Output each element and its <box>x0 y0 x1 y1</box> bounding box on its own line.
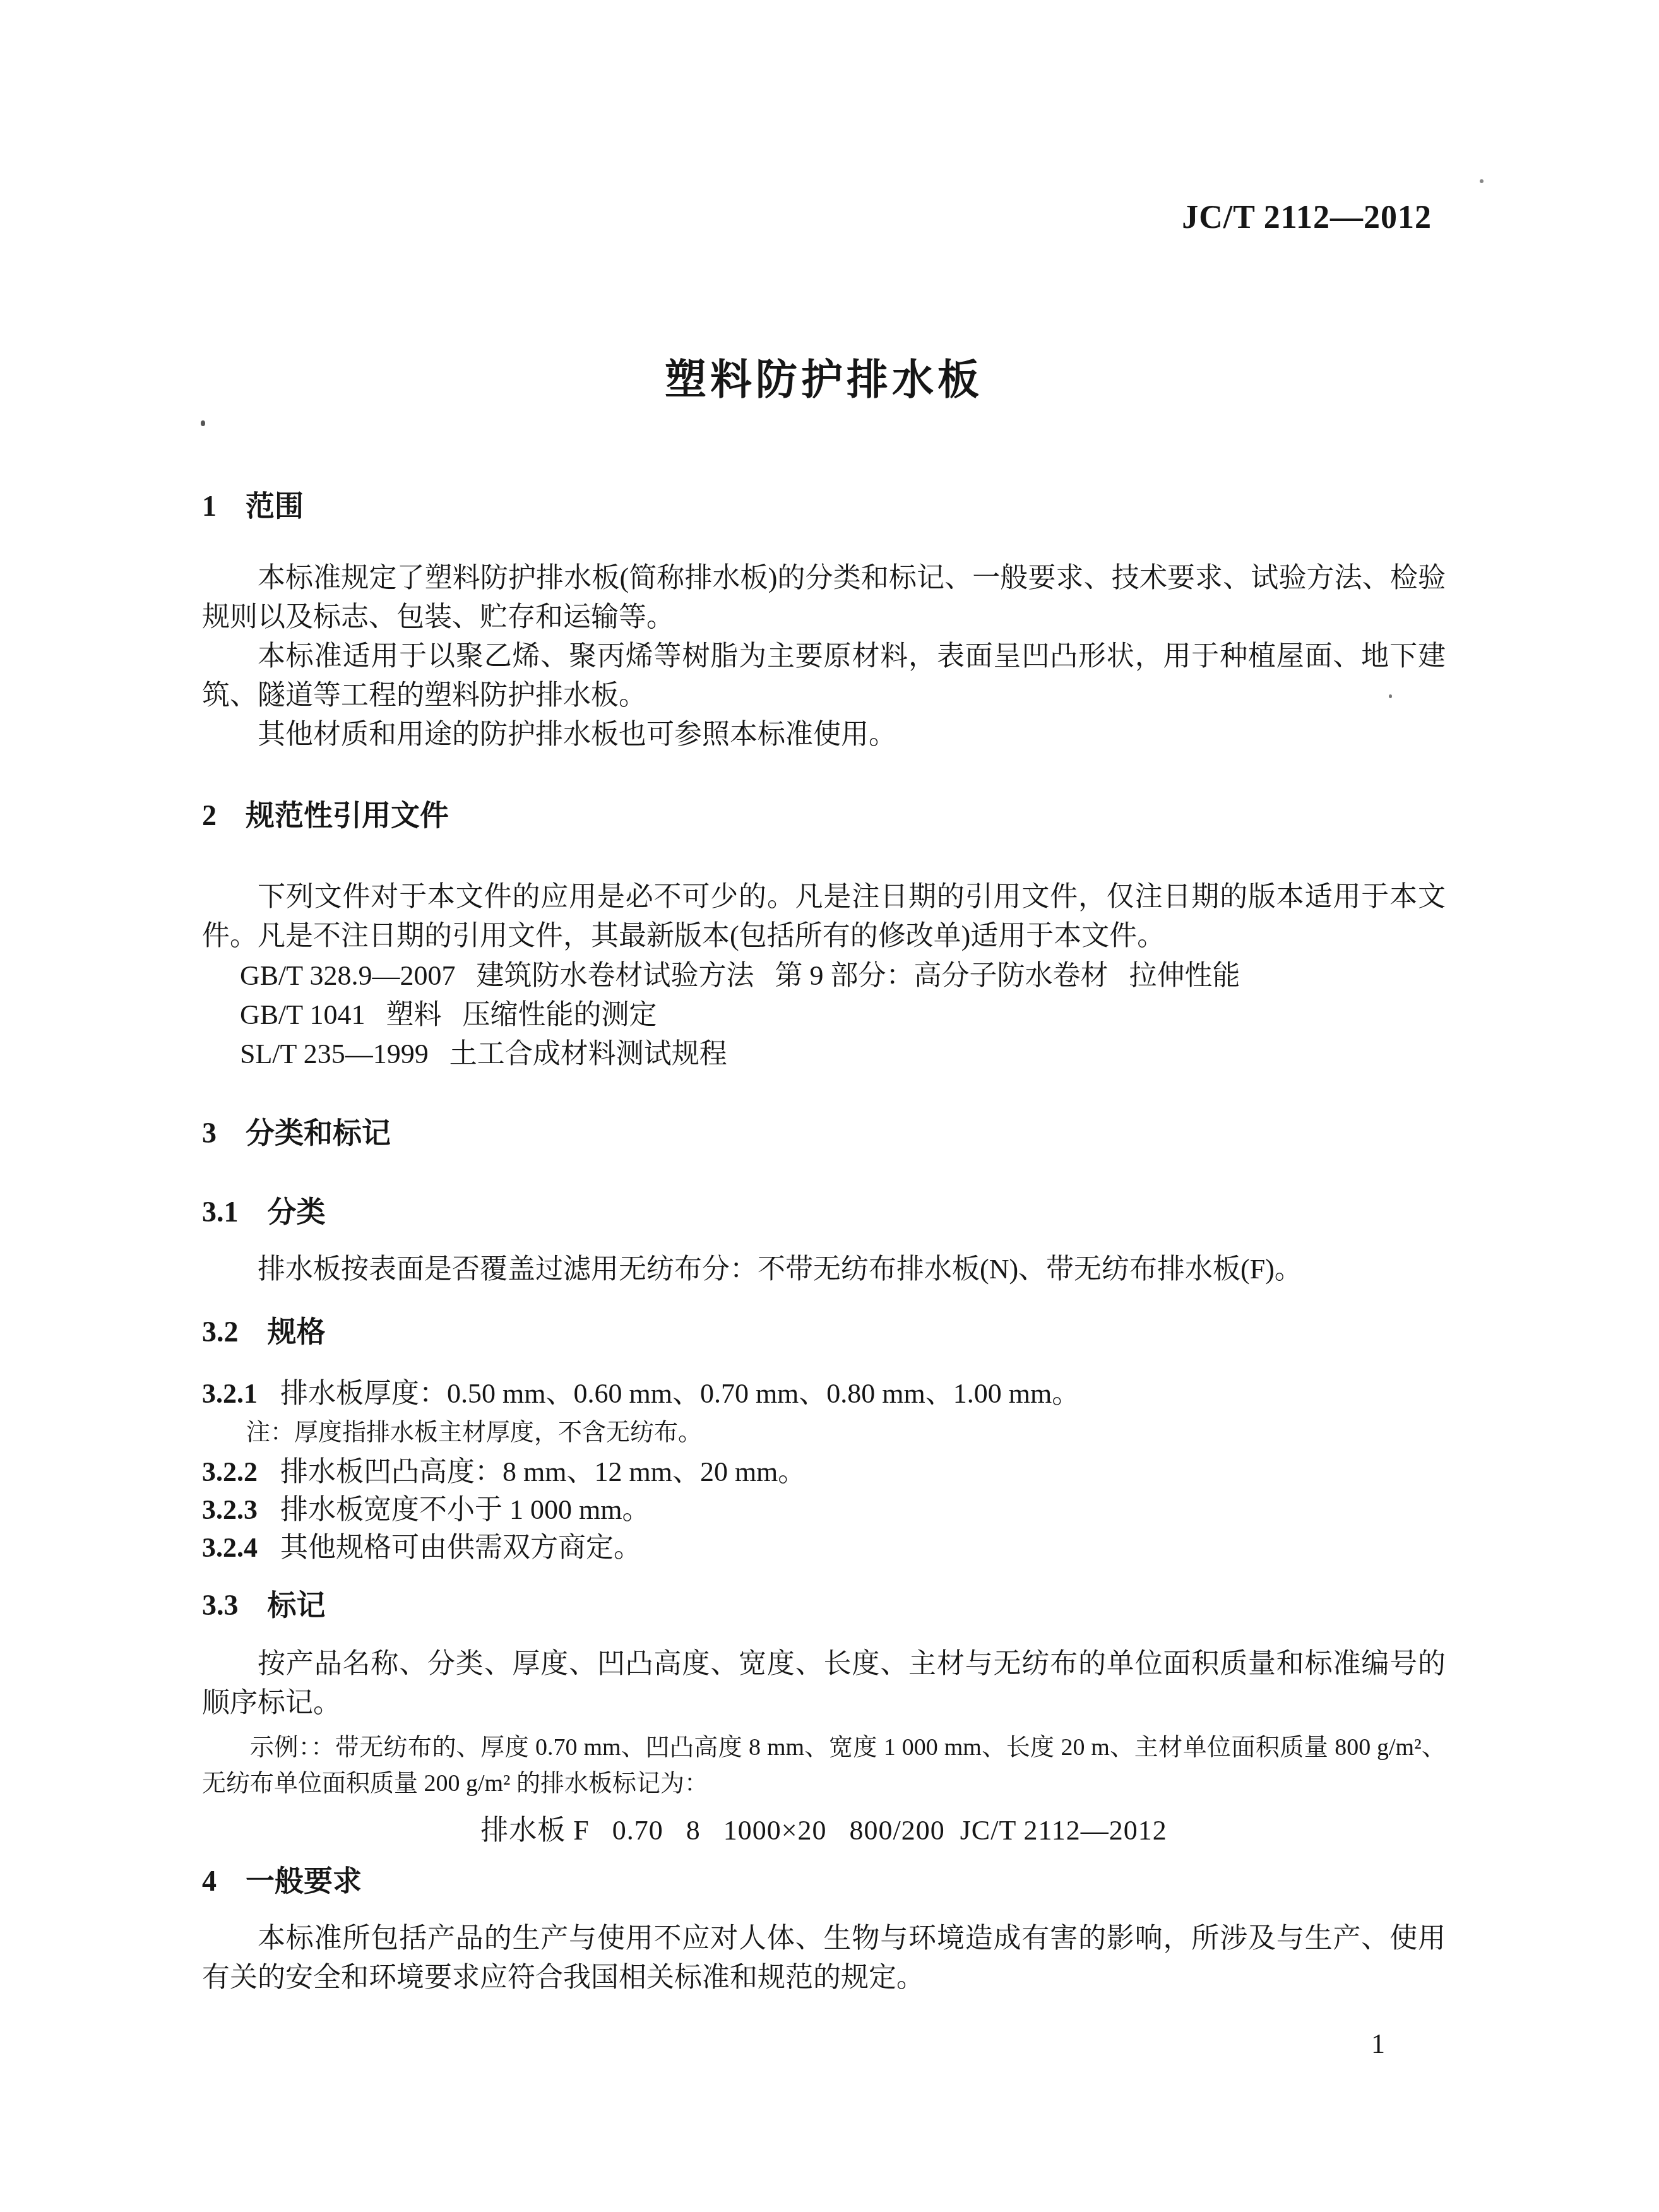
section-2-heading: 2规范性引用文件 <box>202 797 1446 835</box>
clause-text: 排水板宽度不小于 1 000 mm。 <box>280 1494 650 1525</box>
section-number: 2 <box>202 799 217 831</box>
document-title: 塑料防护排水板 <box>202 346 1446 406</box>
section-title: 分类和标记 <box>246 1117 391 1149</box>
section-number: 1 <box>202 490 217 522</box>
paragraph: 排水板按表面是否覆盖过滤用无纺布分：不带无纺布排水板(N)、带无纺布排水板(F)… <box>202 1250 1446 1289</box>
clause-3-2-2: 3.2.2排水板凹凸高度：8 mm、12 mm、20 mm。 <box>202 1453 1446 1491</box>
section-number: 3.3 <box>202 1589 239 1621</box>
clause-text: 排水板凹凸高度：8 mm、12 mm、20 mm。 <box>280 1456 806 1487</box>
paragraph: 本标准适用于以聚乙烯、聚丙烯等树脂为主要原材料，表面呈凹凸形状，用于种植屋面、地… <box>202 637 1446 715</box>
section-1-heading: 1范围 <box>202 487 1446 525</box>
section-3-1-body: 排水板按表面是否覆盖过滤用无纺布分：不带无纺布排水板(N)、带无纺布排水板(F)… <box>202 1250 1446 1289</box>
clause-note: 注：厚度指排水板主材厚度，不含无纺布。 <box>202 1415 1446 1449</box>
reference-item: GB/T 1041 塑料 压缩性能的测定 <box>240 996 1446 1035</box>
section-title: 范围 <box>246 490 304 522</box>
reference-item: GB/T 328.9—2007 建筑防水卷材试验方法 第 9 部分：高分子防水卷… <box>240 956 1446 996</box>
section-title: 标记 <box>268 1589 326 1621</box>
clause-number: 3.2.4 <box>202 1532 258 1563</box>
example-designation: 排水板 F 0.70 8 1000×20 800/200 JC/T 2112—2… <box>202 1807 1446 1848</box>
clause-3-2-4: 3.2.4其他规格可由供需双方商定。 <box>202 1529 1446 1567</box>
clause-text: 排水板厚度：0.50 mm、0.60 mm、0.70 mm、0.80 mm、1.… <box>280 1378 1079 1409</box>
section-2-body: 下列文件对于本文件的应用是必不可少的。凡是注日期的引用文件，仅注日期的版本适用于… <box>202 877 1446 956</box>
section-3-2-heading: 3.2规格 <box>202 1313 1446 1351</box>
paragraph: 其他材质和用途的防护排水板也可参照本标准使用。 <box>202 715 1446 754</box>
standard-code-header: JC/T 2112—2012 <box>1182 199 1432 236</box>
paragraph: 本标准所包括产品的生产与使用不应对人体、生物与环境造成有害的影响，所涉及与生产、… <box>202 1919 1446 1997</box>
section-3-3-heading: 3.3标记 <box>202 1586 1446 1624</box>
section-title: 一般要求 <box>246 1865 362 1897</box>
marking-example: 示例：：带无纺布的、厚度 0.70 mm、凹凸高度 8 mm、宽度 1 000 … <box>202 1730 1446 1802</box>
paragraph: 本标准规定了塑料防护排水板(简称排水板)的分类和标记、一般要求、技术要求、试验方… <box>202 559 1446 637</box>
document-page: JC/T 2112—2012 塑料防护排水板 1范围 本标准规定了塑料防护排水板… <box>0 0 1659 2212</box>
section-number: 3 <box>202 1117 217 1149</box>
section-1-body: 本标准规定了塑料防护排水板(简称排水板)的分类和标记、一般要求、技术要求、试验方… <box>202 559 1446 754</box>
section-3-heading: 3分类和标记 <box>202 1114 1446 1152</box>
section-number: 3.2 <box>202 1316 239 1348</box>
scan-speck <box>201 420 205 426</box>
page-number: 1 <box>1371 2028 1385 2060</box>
clause-number: 3.2.2 <box>202 1456 258 1487</box>
section-3-3-body: 按产品名称、分类、厚度、凹凸高度、宽度、长度、主材与无纺布的单位面积质量和标准编… <box>202 1644 1446 1723</box>
section-title: 规范性引用文件 <box>246 799 449 831</box>
clause-number: 3.2.3 <box>202 1494 258 1525</box>
section-number: 4 <box>202 1865 217 1897</box>
normative-references-list: GB/T 328.9—2007 建筑防水卷材试验方法 第 9 部分：高分子防水卷… <box>202 956 1446 1074</box>
section-3-1-heading: 3.1分类 <box>202 1193 1446 1231</box>
note-text: 注：厚度指排水板主材厚度，不含无纺布。 <box>246 1415 1446 1449</box>
paragraph: 下列文件对于本文件的应用是必不可少的。凡是注日期的引用文件，仅注日期的版本适用于… <box>202 877 1446 956</box>
example-text: 示例：：带无纺布的、厚度 0.70 mm、凹凸高度 8 mm、宽度 1 000 … <box>202 1730 1446 1802</box>
section-title: 分类 <box>268 1196 326 1228</box>
clause-3-2-3: 3.2.3排水板宽度不小于 1 000 mm。 <box>202 1491 1446 1529</box>
paragraph: 按产品名称、分类、厚度、凹凸高度、宽度、长度、主材与无纺布的单位面积质量和标准编… <box>202 1644 1446 1723</box>
clause-3-2-1: 3.2.1排水板厚度：0.50 mm、0.60 mm、0.70 mm、0.80 … <box>202 1375 1446 1413</box>
reference-item: SL/T 235—1999 土工合成材料测试规程 <box>240 1035 1446 1074</box>
section-4-heading: 4一般要求 <box>202 1862 1446 1900</box>
section-title: 规格 <box>268 1316 326 1348</box>
section-number: 3.1 <box>202 1196 239 1228</box>
section-4-body: 本标准所包括产品的生产与使用不应对人体、生物与环境造成有害的影响，所涉及与生产、… <box>202 1919 1446 1997</box>
clause-number: 3.2.1 <box>202 1378 258 1409</box>
scan-speck <box>1389 694 1392 698</box>
scan-speck <box>1480 179 1484 183</box>
clause-text: 其他规格可由供需双方商定。 <box>280 1532 641 1563</box>
